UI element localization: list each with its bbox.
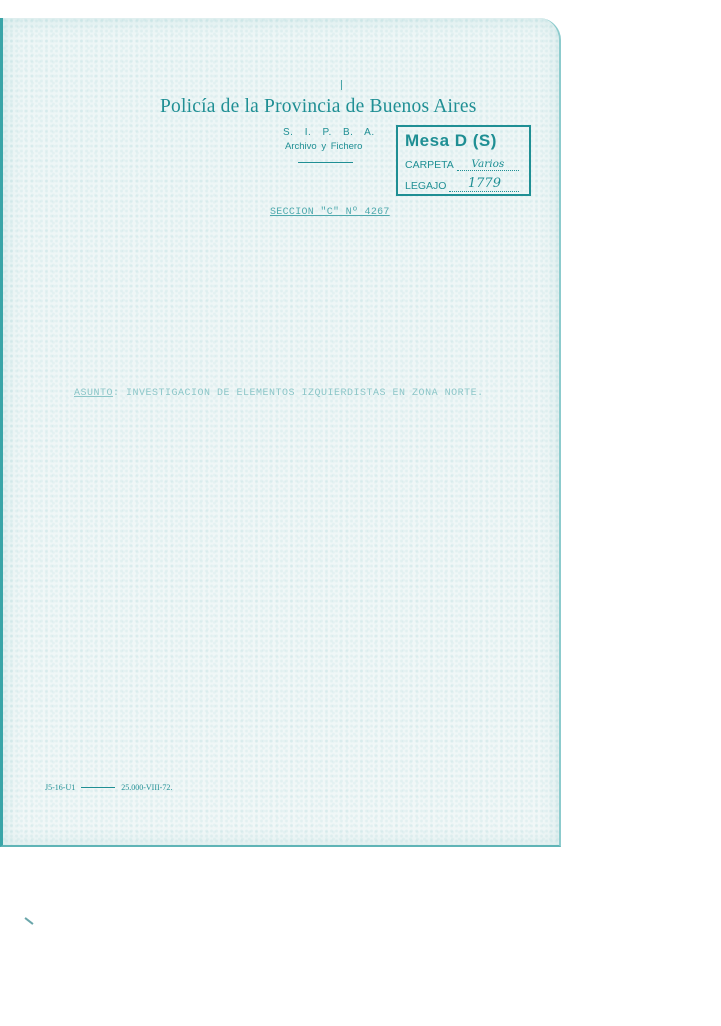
section-reference: SECCION "C" Nº 4267: [270, 207, 390, 218]
agency-title: Policía de la Provincia de Buenos Aires: [160, 96, 510, 118]
archive-stamp: Mesa D (S) CARPETA Varios LEGAJO 1779: [396, 125, 531, 196]
legajo-label: LEGAJO: [405, 180, 446, 192]
stamp-title: Mesa D (S): [405, 131, 497, 151]
form-code: J5-16-U1: [45, 783, 75, 792]
carpeta-label: CARPETA: [405, 159, 454, 171]
subject-label: ASUNTO: [74, 388, 113, 399]
footer-dash: [81, 787, 115, 788]
carpeta-value: Varios: [457, 158, 519, 171]
print-run: 25.000-VIII-72.: [121, 783, 172, 792]
subject-text: : INVESTIGACION DE ELEMENTOS IZQUIERDIST…: [113, 388, 484, 399]
stamp-legajo-row: LEGAJO 1779: [405, 176, 519, 192]
department-name: Archivo y Fichero: [285, 141, 362, 152]
header-divider: [298, 162, 353, 163]
punch-mark: [341, 80, 342, 90]
form-footer: J5-16-U1 25.000-VIII-72.: [45, 783, 172, 792]
stamp-carpeta-row: CARPETA Varios: [405, 158, 519, 171]
stray-mark: [24, 917, 33, 925]
agency-acronym: S. I. P. B. A.: [283, 127, 375, 138]
subject-line: ASUNTO: INVESTIGACION DE ELEMENTOS IZQUI…: [74, 388, 484, 399]
legajo-value: 1779: [449, 176, 519, 192]
